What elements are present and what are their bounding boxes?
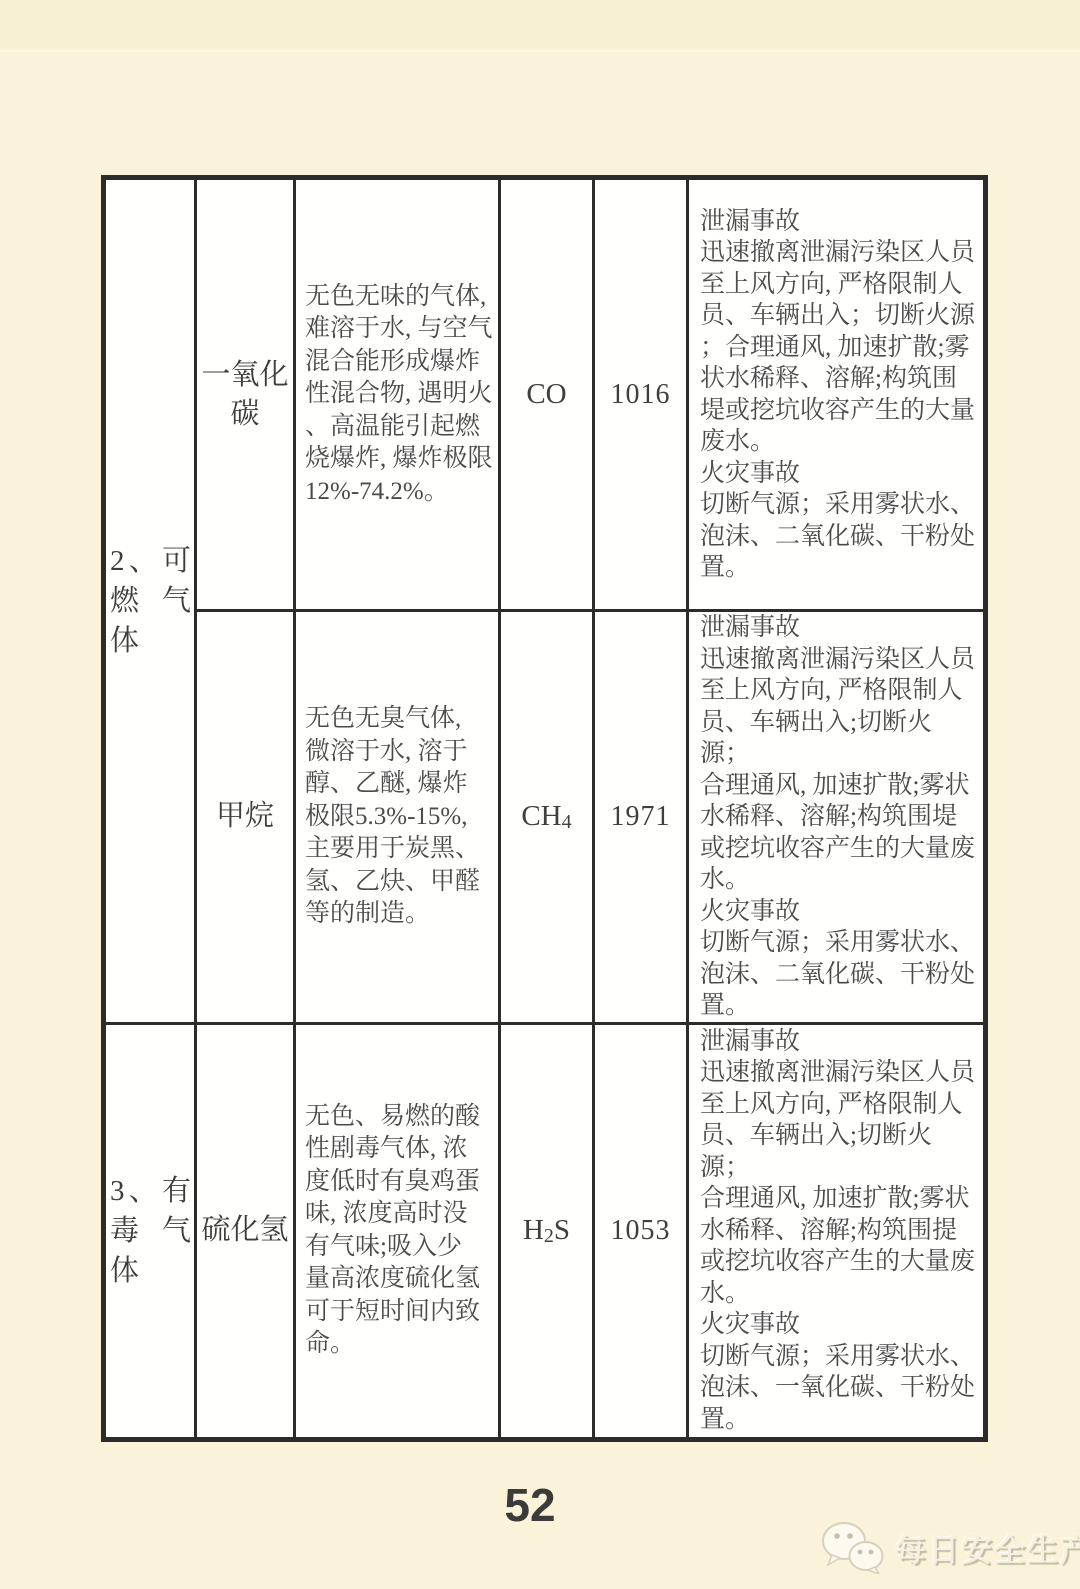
formula-main: CO bbox=[526, 378, 566, 410]
gas-name-cell: 甲烷 bbox=[196, 611, 295, 1024]
hazard-gas-table: 2、可燃气体 一氧化碳 无色无味的气体, 难溶于水, 与空气 混合能形成爆炸 性… bbox=[101, 175, 988, 1442]
formula-main: H bbox=[523, 1214, 544, 1246]
chemical-formula-cell: CH4 bbox=[500, 611, 594, 1024]
page-top-strip bbox=[0, 0, 1080, 50]
gas-name-cell: 一氧化碳 bbox=[196, 178, 295, 611]
watermark-label: 每日安全生产 bbox=[895, 1525, 1080, 1570]
formula-main: CH bbox=[521, 800, 561, 832]
table-row-hydrogen-sulfide: 3、有毒气体 硫化氢 无色、易燃的酸 性剧毒气体, 浓 度低时有臭鸡蛋 味, 浓… bbox=[104, 1023, 986, 1439]
formula-subscript: 4 bbox=[562, 811, 572, 833]
page-number: 52 bbox=[455, 1478, 605, 1532]
page-seam-line bbox=[0, 50, 1080, 52]
category-cell-flammable-gas: 2、可燃气体 bbox=[104, 178, 196, 1024]
chemical-formula-cell: H2S bbox=[500, 1023, 594, 1439]
table-row-carbon-monoxide: 2、可燃气体 一氧化碳 无色无味的气体, 难溶于水, 与空气 混合能形成爆炸 性… bbox=[104, 178, 986, 611]
gas-description-cell: 无色、易燃的酸 性剧毒气体, 浓 度低时有臭鸡蛋 味, 浓度高时没 有气味;吸入… bbox=[295, 1023, 500, 1439]
gas-name-cell: 硫化氢 bbox=[196, 1023, 295, 1439]
formula-subscript: 2 bbox=[544, 1225, 554, 1247]
emergency-response-cell: 泄漏事故 迅速撤离泄漏污染区人员 至上风方向, 严格限制人 员、车辆出入;切断火… bbox=[688, 1023, 986, 1439]
category-cell-toxic-gas: 3、有毒气体 bbox=[104, 1023, 196, 1439]
un-number-cell: 1016 bbox=[594, 178, 688, 611]
un-number-cell: 1053 bbox=[594, 1023, 688, 1439]
emergency-response-cell: 泄漏事故 迅速撤离泄漏污染区人员 至上风方向, 严格限制人 员、车辆出入；切断火… bbox=[688, 178, 986, 611]
table-row-methane: 甲烷 无色无臭气体, 微溶于水, 溶于 醇、乙醚, 爆炸 极限5.3%-15%,… bbox=[104, 611, 986, 1024]
wechat-icon bbox=[820, 1520, 886, 1574]
gas-description-cell: 无色无臭气体, 微溶于水, 溶于 醇、乙醚, 爆炸 极限5.3%-15%, 主要… bbox=[295, 611, 500, 1024]
un-number-cell: 1971 bbox=[594, 611, 688, 1024]
chemical-formula-cell: CO bbox=[500, 178, 594, 611]
page: { "colors": { "page_background": "#faf3d… bbox=[0, 0, 1080, 1589]
gas-description-cell: 无色无味的气体, 难溶于水, 与空气 混合能形成爆炸 性混合物, 遇明火 、高温… bbox=[295, 178, 500, 611]
watermark: 每日安全生产 bbox=[820, 1520, 1080, 1574]
emergency-response-cell: 泄漏事故 迅速撤离泄漏污染区人员 至上风方向, 严格限制人 员、车辆出入;切断火… bbox=[688, 611, 986, 1024]
formula-tail: S bbox=[554, 1214, 570, 1246]
